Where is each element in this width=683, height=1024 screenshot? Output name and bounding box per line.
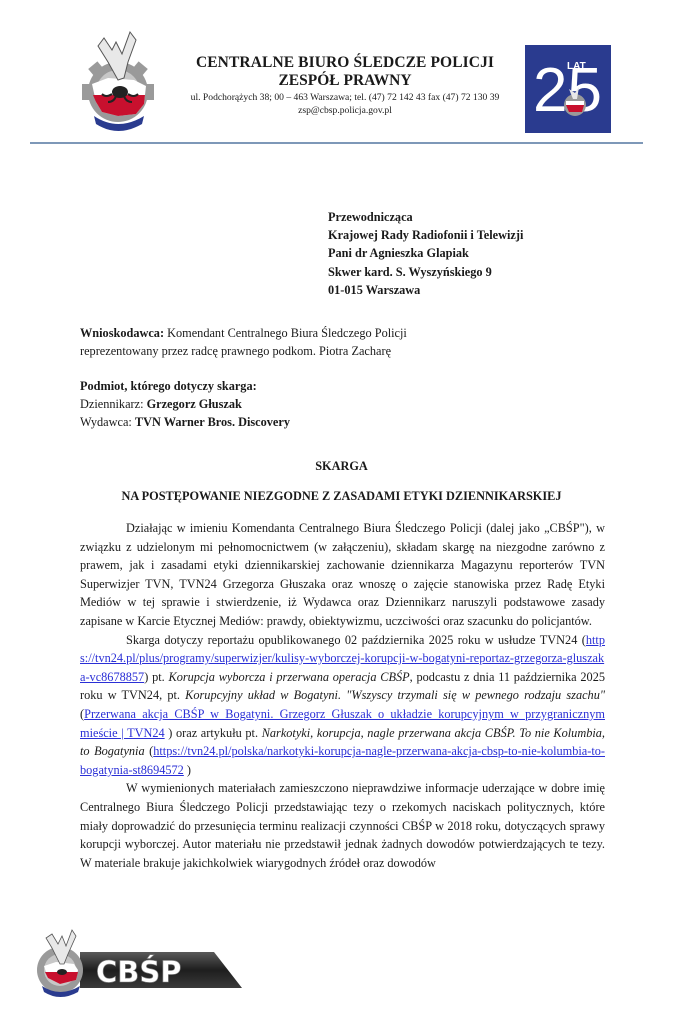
cbsp-emblem-logo [78,28,160,132]
applicant-value: Komendant Centralnego Biura Śledczego Po… [164,326,407,340]
anniversary-label: LAT [567,61,586,72]
org-name: CENTRALNE BIURO ŚLEDCZE POLICJI [160,54,530,72]
link-article[interactable]: https://tvn24.pl/polska/narkotyki-korupc… [80,744,605,777]
subject-label: Podmiot, którego dotyczy skarga: [80,377,290,395]
addressee-block: Przewodnicząca Krajowej Rady Radiofonii … [328,208,523,299]
paragraph-3: W wymienionych materiałach zamieszczono … [80,779,605,872]
header-divider [30,142,643,144]
applicant-block: Wnioskodawca: Komendant Centralnego Biur… [80,324,407,360]
addressee-line: Skwer kard. S. Wyszyńskiego 9 [328,263,523,281]
journalist-name: Grzegorz Głuszak [147,397,242,411]
paragraph-2: Skarga dotyczy reportażu opublikowanego … [80,631,605,780]
journalist-label: Dziennikarz: [80,397,147,411]
anniversary-25-logo: 25 LAT [525,45,611,133]
org-address: ul. Podchorążych 38; 00 – 463 Warszawa; … [160,91,530,104]
org-email: zsp@cbsp.policja.gov.pl [160,104,530,117]
addressee-line: Przewodnicząca [328,208,523,226]
document-title: SKARGA [0,459,683,474]
addressee-line: Pani dr Agnieszka Glapiak [328,244,523,262]
paragraph-1: Działając w imieniu Komendanta Centralne… [80,519,605,631]
document-subtitle: NA POSTĘPOWANIE NIEZGODNE Z ZASADAMI ETY… [0,489,683,504]
cbsp-footer-logo: CBŚP [30,926,245,1000]
publisher-name: TVN Warner Bros. Discovery [135,415,290,429]
applicant-representative: reprezentowany przez radcę prawnego podk… [80,342,407,360]
report-title: Korupcja wyborcza i przerwana operacja C… [169,670,410,684]
addressee-line: Krajowej Rady Radiofonii i Telewizji [328,226,523,244]
podcast-title: Korupcyjny układ w Bogatyni. "Wszyscy tr… [185,688,605,702]
applicant-label: Wnioskodawca: [80,326,164,340]
complaint-body: Działając w imieniu Komendanta Centralne… [80,519,605,872]
unit-name: ZESPÓŁ PRAWNY [160,72,530,90]
letterhead: CENTRALNE BIURO ŚLEDCZE POLICJI ZESPÓŁ P… [160,54,530,117]
publisher-label: Wydawca: [80,415,135,429]
footer-logo-text: CBŚP [96,955,182,989]
addressee-line: 01-015 Warszawa [328,281,523,299]
subject-block: Podmiot, którego dotyczy skarga: Dzienni… [80,377,290,431]
